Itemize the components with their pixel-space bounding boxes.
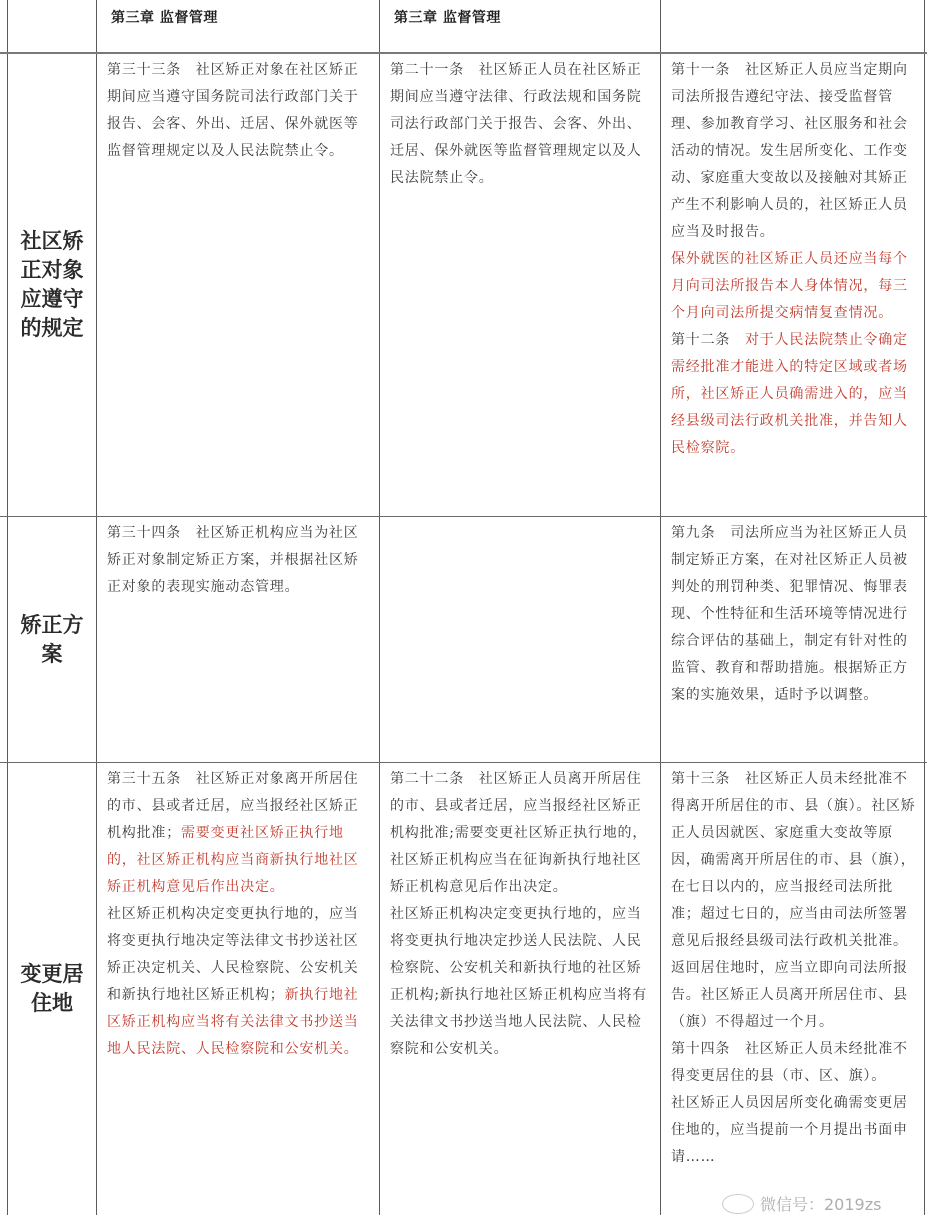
header-chapter-col2: 第三章 监督管理 — [380, 0, 660, 52]
row2-col2-cell-empty — [380, 517, 660, 762]
row1-col3-cell: 第十一条 社区矫正人员应当定期向司法所报告遵纪守法、接受监督管理、参加教育学习、… — [661, 54, 924, 516]
row-label-change-residence: 变更居住地 — [8, 763, 96, 1215]
header-chapter-col1: 第三章 监督管理 — [97, 0, 379, 52]
article-11: 第十一条 社区矫正人员应当定期向司法所报告遵纪守法、接受监督管理、参加教育学习、… — [671, 57, 916, 246]
article-12: 第十二条 对于人民法院禁止令确定需经批准才能进入的特定区域或者场所，社区矫正人员… — [671, 327, 916, 462]
row1-col1-cell: 第三十三条 社区矫正对象在社区矫正期间应当遵守国务院司法行政部门关于报告、会客、… — [97, 54, 379, 516]
row2-col3-cell: 第九条 司法所应当为社区矫正人员制定矫正方案，在对社区矫正人员被判处的刑罚种类、… — [661, 517, 924, 762]
row3-col3-cell: 第十三条 社区矫正人员未经批准不得离开所居住的市、县（旗）。社区矫正人员因就医、… — [661, 763, 924, 1215]
row1-col2-cell: 第二十一条 社区矫正人员在社区矫正期间应当遵守法律、行政法规和国务院司法行政部门… — [380, 54, 660, 516]
article-11-medical-parole: 保外就医的社区矫正人员还应当每个月向司法所报告本人身体情况，每三个月向司法所提交… — [671, 246, 916, 327]
article-35-paragraph-2: 社区矫正机构决定变更执行地的，应当将变更执行地决定等法律文书抄送社区矫正决定机关… — [107, 901, 371, 1063]
article-34: 第三十四条 社区矫正机构应当为社区矫正对象制定矫正方案，并根据社区矫正对象的表现… — [107, 520, 371, 601]
article-22: 第二十二条 社区矫正人员离开所居住的市、县或者迁居，应当报经社区矫正机构批准;需… — [390, 766, 652, 901]
article-14: 第十四条 社区矫正人员未经批准不得变更居住的县（市、区、旗）。 — [671, 1036, 916, 1090]
article-9: 第九条 司法所应当为社区矫正人员制定矫正方案，在对社区矫正人员被判处的刑罚种类、… — [671, 520, 916, 709]
row3-col2-cell: 第二十二条 社区矫正人员离开所居住的市、县或者迁居，应当报经社区矫正机构批准;需… — [380, 763, 660, 1215]
article-21: 第二十一条 社区矫正人员在社区矫正期间应当遵守法律、行政法规和国务院司法行政部门… — [390, 57, 652, 192]
article-22-paragraph-2: 社区矫正机构决定变更执行地的，应当将变更执行地决定抄送人民法院、人民检察院、公安… — [390, 901, 652, 1063]
wechat-logo-icon — [722, 1194, 754, 1214]
article-14-paragraph-2: 社区矫正人员因居所变化确需变更居住地的，应当提前一个月提出书面申请…… — [671, 1090, 916, 1171]
law-comparison-table: 第三章 监督管理 第三章 监督管理 社区矫正对象应遵守的规定 第三十三条 社区矫… — [0, 0, 927, 1215]
row2-col1-cell: 第三十四条 社区矫正机构应当为社区矫正对象制定矫正方案，并根据社区矫正对象的表现… — [97, 517, 379, 762]
row-label-rules: 社区矫正对象应遵守的规定 — [8, 54, 96, 516]
article-33: 第三十三条 社区矫正对象在社区矫正期间应当遵守国务院司法行政部门关于报告、会客、… — [107, 57, 371, 165]
table-border-right — [924, 0, 925, 1215]
row3-col1-cell: 第三十五条 社区矫正对象离开所居住的市、县或者迁居，应当报经社区矫正机构批准；需… — [97, 763, 379, 1215]
row-label-correction-plan: 矫正方案 — [8, 517, 96, 762]
article-13: 第十三条 社区矫正人员未经批准不得离开所居住的市、县（旗）。社区矫正人员因就医、… — [671, 766, 916, 1036]
header-chapter-col3 — [661, 0, 924, 52]
watermark-text: 微信号：2019zs — [760, 1192, 881, 1215]
article-35: 第三十五条 社区矫正对象离开所居住的市、县或者迁居，应当报经社区矫正机构批准；需… — [107, 766, 371, 901]
